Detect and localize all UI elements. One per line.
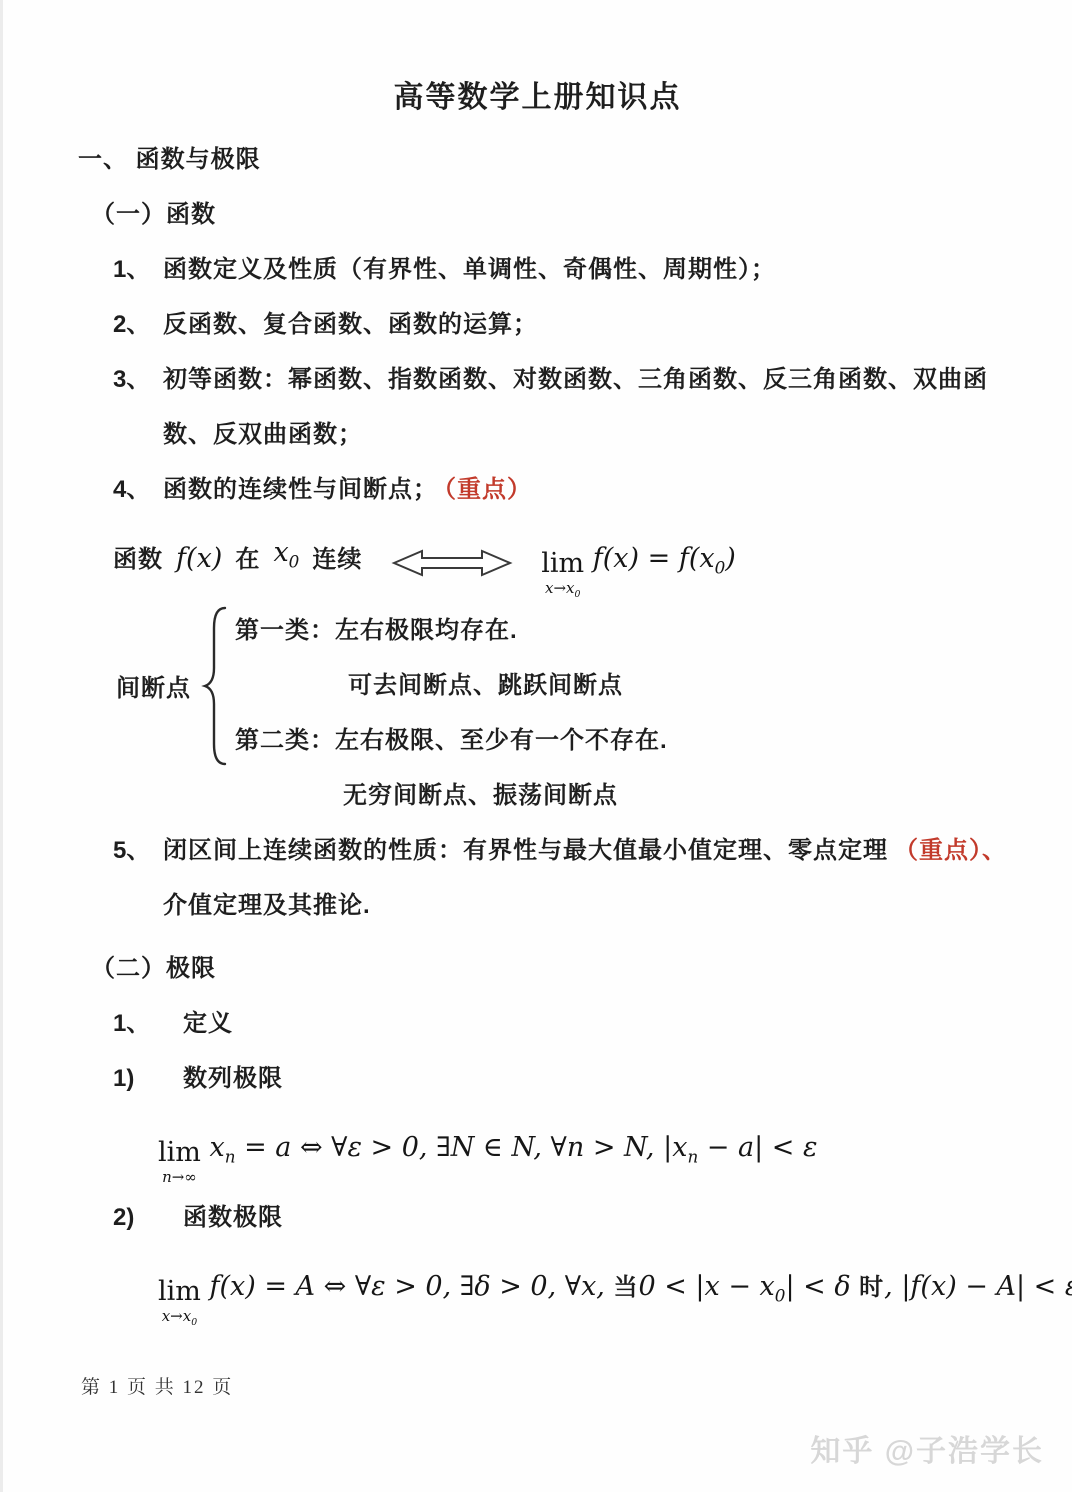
item-text: 定义 bbox=[183, 996, 1072, 1051]
item-number: 1、 bbox=[113, 242, 163, 297]
item-text-continued: 数、反双曲函数； bbox=[163, 407, 1032, 462]
diagram-label: 间断点 bbox=[116, 668, 191, 703]
item-number: 4、 bbox=[113, 462, 163, 517]
lim-operator: limx→x0 bbox=[158, 1278, 201, 1324]
formula-mid-text: 在 bbox=[235, 546, 260, 573]
diagram-line-class1-types: 可去间断点、跳跃间断点 bbox=[348, 658, 1072, 713]
subsection-1-heading: （一）函数 bbox=[91, 187, 1072, 242]
diagram-lines: 第一类：左右极限均存在. 可去间断点、跳跃间断点 第二类：左右极限、至少有一个不… bbox=[235, 603, 1072, 768]
section-2-heading: （二）极限 bbox=[91, 941, 1072, 996]
item-text: 函数极限 bbox=[183, 1190, 1072, 1245]
page-footer: 第 1 页 共 12 页 bbox=[81, 1372, 233, 1399]
item-number: 2) bbox=[113, 1190, 183, 1245]
discontinuity-diagram: 间断点 第一类：左右极限均存在. 可去间断点、跳跃间断点 第二类：左右极限、至少… bbox=[116, 603, 1072, 768]
item-text: 反函数、复合函数、函数的运算； bbox=[163, 297, 1032, 352]
item-text: 初等函数：幂函数、指数函数、对数函数、三角函数、反三角函数、双曲函 bbox=[163, 352, 1032, 407]
item-text: 函数的连续性与间断点； bbox=[163, 476, 438, 503]
math-fx: f(x) bbox=[167, 543, 230, 574]
outline-item-2: 2、 反函数、复合函数、函数的运算； bbox=[113, 297, 1032, 352]
emphasis-badge: （重点） bbox=[444, 476, 532, 503]
item-text-continued: 介值定理及其推论. bbox=[163, 878, 1032, 933]
function-limit-heading: 2) 函数极限 bbox=[113, 1190, 1072, 1245]
sequence-limit-formula: limn→∞ xn = a ⇔ ∀ε > 0, ∃N ∈ N, ∀n > N, … bbox=[158, 1106, 1072, 1190]
watermark: 知乎 @子浩学长 bbox=[810, 1426, 1044, 1470]
sequence-limit-heading: 1) 数列极限 bbox=[113, 1051, 1072, 1106]
section-1-heading: 一、 函数与极限 bbox=[78, 132, 1072, 187]
brace-icon bbox=[201, 605, 227, 767]
function-limit-formula: limx→x0 f(x) = A ⇔ ∀ε > 0, ∃δ > 0, ∀x, 当… bbox=[158, 1245, 1072, 1329]
math-x0: x0 bbox=[265, 537, 308, 568]
item-text: 函数定义及性质（有界性、单调性、奇偶性、周期性）； bbox=[163, 242, 1032, 297]
item-number: 1、 bbox=[113, 996, 183, 1051]
item-number: 5、 bbox=[113, 823, 163, 933]
document-content: 一、 函数与极限 （一）函数 1、 函数定义及性质（有界性、单调性、奇偶性、周期… bbox=[3, 132, 1072, 1329]
outline-item-5: 5、 闭区间上连续函数的性质：有界性与最大值最小值定理、零点定理（重点）、 介值… bbox=[113, 823, 1032, 933]
lim-operator: limn→∞ bbox=[158, 1139, 201, 1185]
page-title: 高等数学上册知识点 bbox=[3, 0, 1072, 118]
continuity-formula: 函数 f(x) 在 x0 连续 limx→x0 f(x) = f(x0) bbox=[113, 517, 1072, 601]
formula-cn-then: 时 bbox=[859, 1274, 884, 1301]
diagram-line-class1: 第一类：左右极限均存在. bbox=[235, 603, 1072, 658]
double-arrow-icon bbox=[391, 547, 513, 579]
item-number: 3、 bbox=[113, 352, 163, 462]
diagram-line-class2-types: 无穷间断点、振荡间断点 bbox=[343, 768, 1072, 823]
formula-lead-text: 函数 bbox=[113, 546, 163, 573]
item-text: 闭区间上连续函数的性质：有界性与最大值最小值定理、零点定理 bbox=[163, 837, 888, 864]
emphasis-badge: （重点）、 bbox=[894, 837, 1007, 864]
document-page: 高等数学上册知识点 一、 函数与极限 （一）函数 1、 函数定义及性质（有界性、… bbox=[0, 0, 1072, 1492]
formula-tail-text: 连续 bbox=[312, 546, 362, 573]
definition-heading: 1、 定义 bbox=[113, 996, 1072, 1051]
diagram-line-class2: 第二类：左右极限、至少有一个不存在. bbox=[235, 713, 1072, 768]
formula-cn-when: 当 bbox=[613, 1274, 638, 1301]
outline-item-1: 1、 函数定义及性质（有界性、单调性、奇偶性、周期性）； bbox=[113, 242, 1032, 297]
outline-item-3: 3、 初等函数：幂函数、指数函数、对数函数、三角函数、反三角函数、双曲函 数、反… bbox=[113, 352, 1032, 462]
lim-operator: limx→x0 bbox=[541, 550, 584, 596]
outline-item-4: 4、 函数的连续性与间断点；（重点） bbox=[113, 462, 1032, 517]
item-text: 数列极限 bbox=[183, 1051, 1072, 1106]
item-number: 2、 bbox=[113, 297, 163, 352]
item-number: 1) bbox=[113, 1051, 183, 1106]
limit-expression: limx→x0 f(x) = f(x0) bbox=[541, 543, 736, 574]
